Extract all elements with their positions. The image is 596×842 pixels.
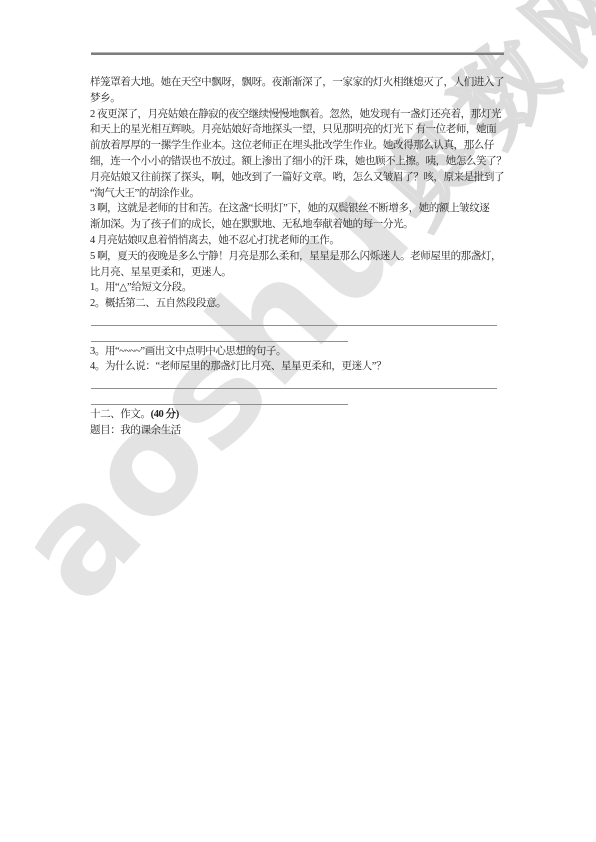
text-line: 十二、作文。(40 分) bbox=[90, 407, 508, 423]
text-line: 比月亮、星星更柔和，更迷人。 bbox=[90, 265, 508, 281]
text-line: 前放着厚厚的一摞学生作业本。这位老师正在埋头批改学生作业。她改得那么认真，那么仔 bbox=[90, 138, 508, 154]
text-line-content: 前放着厚厚的一摞学生作业本。这位老师正在埋头批改学生作业。她改得那么认真，那么仔 bbox=[90, 140, 494, 151]
answer-blank-line bbox=[90, 312, 508, 328]
text-line: 3 啊，这就是老师的甘和苦。在这盏“长明灯”下，她的双鬓银丝不断增多，她的额上皱… bbox=[90, 201, 508, 217]
text-line-content: 梦乡。 bbox=[90, 93, 120, 104]
text-line: 3。用“~~~~”画出文中点明中心思想的句子。 bbox=[90, 344, 508, 360]
answer-blank-line bbox=[90, 375, 508, 391]
text-line-content: 十二、作文。 bbox=[90, 409, 151, 420]
answer-blank-line bbox=[90, 391, 508, 407]
worksheet-page: aoshu奥数网 样笼罩着大地。她在天空中飘呀，飘呀。夜渐渐深了，一家家的灯火相… bbox=[0, 0, 596, 842]
text-line-content: “淘气大王”的胡涂作业。 bbox=[90, 188, 200, 199]
text-line: 样笼罩着大地。她在天空中飘呀，飘呀。夜渐渐深了，一家家的灯火相继熄灭了，人们进入… bbox=[90, 75, 508, 91]
header-rule bbox=[91, 52, 504, 55]
text-line-content: 样笼罩着大地。她在天空中飘呀，飘呀。夜渐渐深了，一家家的灯火相继熄灭了，人们进入… bbox=[90, 77, 504, 88]
answer-blank-rule bbox=[91, 388, 497, 389]
text-line: 4。为什么说：“老师屋里的那盏灯比月亮、星星更柔和，更迷人”？ bbox=[90, 359, 508, 375]
text-line: 2。概括第二、五自然段段意。 bbox=[90, 296, 508, 312]
text-line: 和天上的星光相互辉映。月亮姑娘好奇地探头一望，只见那明亮的灯光下 有一位老师，她… bbox=[90, 122, 508, 138]
text-line: 渐加深。为了孩子们的成长，她在默默地、无私地奉献着她的每一分光。 bbox=[90, 217, 508, 233]
text-line-content: 4 月亮姑娘叹息着悄悄离去，她不忍心打扰老师的工作。 bbox=[90, 235, 339, 246]
text-line: 5 啊，夏天的夜晚是多么宁静！月亮是那么柔和，星星是那么闪烁迷人。老师屋里的那盏… bbox=[90, 249, 508, 265]
text-line-content: 4。为什么说：“老师屋里的那盏灯比月亮、星星更柔和，更迷人”？ bbox=[90, 361, 386, 372]
document-lines: 样笼罩着大地。她在天空中飘呀，飘呀。夜渐渐深了，一家家的灯火相继熄灭了，人们进入… bbox=[90, 75, 508, 438]
text-line-content: 2。概括第二、五自然段段意。 bbox=[90, 298, 226, 309]
text-line-content: 比月亮、星星更柔和，更迷人。 bbox=[90, 267, 231, 278]
answer-blank-line bbox=[90, 328, 508, 344]
text-line-content: 3 啊，这就是老师的甘和苦。在这盏“长明灯”下，她的双鬓银丝不断增多，她的额上皱… bbox=[90, 203, 489, 214]
text-line-content: 1。用“△”给短文分段。 bbox=[90, 282, 192, 293]
text-line: 题目：我的课余生活 bbox=[90, 423, 508, 439]
text-line-content: 细，连一个小小的错误也不放过。额上渗出了细小的汗 珠，她也顾不上擦。咦，她怎么笑… bbox=[90, 156, 506, 167]
text-line-bold-suffix: (40 分) bbox=[151, 409, 179, 420]
text-line-content: 和天上的星光相互辉映。月亮姑娘好奇地探头一望，只见那明亮的灯光下 有一位老师，她… bbox=[90, 124, 496, 135]
text-line: 2 夜更深了，月亮姑娘在静寂的夜空继续慢慢地飘着。忽然，她发现有一盏灯还亮着，那… bbox=[90, 107, 508, 123]
text-line-content: 题目：我的课余生活 bbox=[90, 425, 181, 436]
text-line-content: 月亮姑娘又往前探了探头，啊，她改到了一篇好文章。哟，怎么又皱眉了？咳，原来是批到… bbox=[90, 172, 504, 183]
text-line: “淘气大王”的胡涂作业。 bbox=[90, 186, 508, 202]
text-line: 1。用“△”给短文分段。 bbox=[90, 280, 508, 296]
text-line-content: 3。用“~~~~”画出文中点明中心思想的句子。 bbox=[90, 346, 286, 357]
text-line-content: 渐加深。为了孩子们的成长，她在默默地、无私地奉献着她的每一分光。 bbox=[90, 219, 413, 230]
answer-blank-rule bbox=[91, 404, 348, 405]
answer-blank-rule bbox=[91, 325, 497, 326]
answer-blank-rule bbox=[91, 341, 348, 342]
text-line: 4 月亮姑娘叹息着悄悄离去，她不忍心打扰老师的工作。 bbox=[90, 233, 508, 249]
text-line-content: 5 啊，夏天的夜晚是多么宁静！月亮是那么柔和，星星是那么闪烁迷人。老师屋里的那盏… bbox=[90, 251, 501, 262]
text-line: 梦乡。 bbox=[90, 91, 508, 107]
text-line: 月亮姑娘又往前探了探头，啊，她改到了一篇好文章。哟，怎么又皱眉了？咳，原来是批到… bbox=[90, 170, 508, 186]
text-line: 细，连一个小小的错误也不放过。额上渗出了细小的汗 珠，她也顾不上擦。咦，她怎么笑… bbox=[90, 154, 508, 170]
text-line-content: 2 夜更深了，月亮姑娘在静寂的夜空继续慢慢地飘着。忽然，她发现有一盏灯还亮着，那… bbox=[90, 109, 501, 120]
